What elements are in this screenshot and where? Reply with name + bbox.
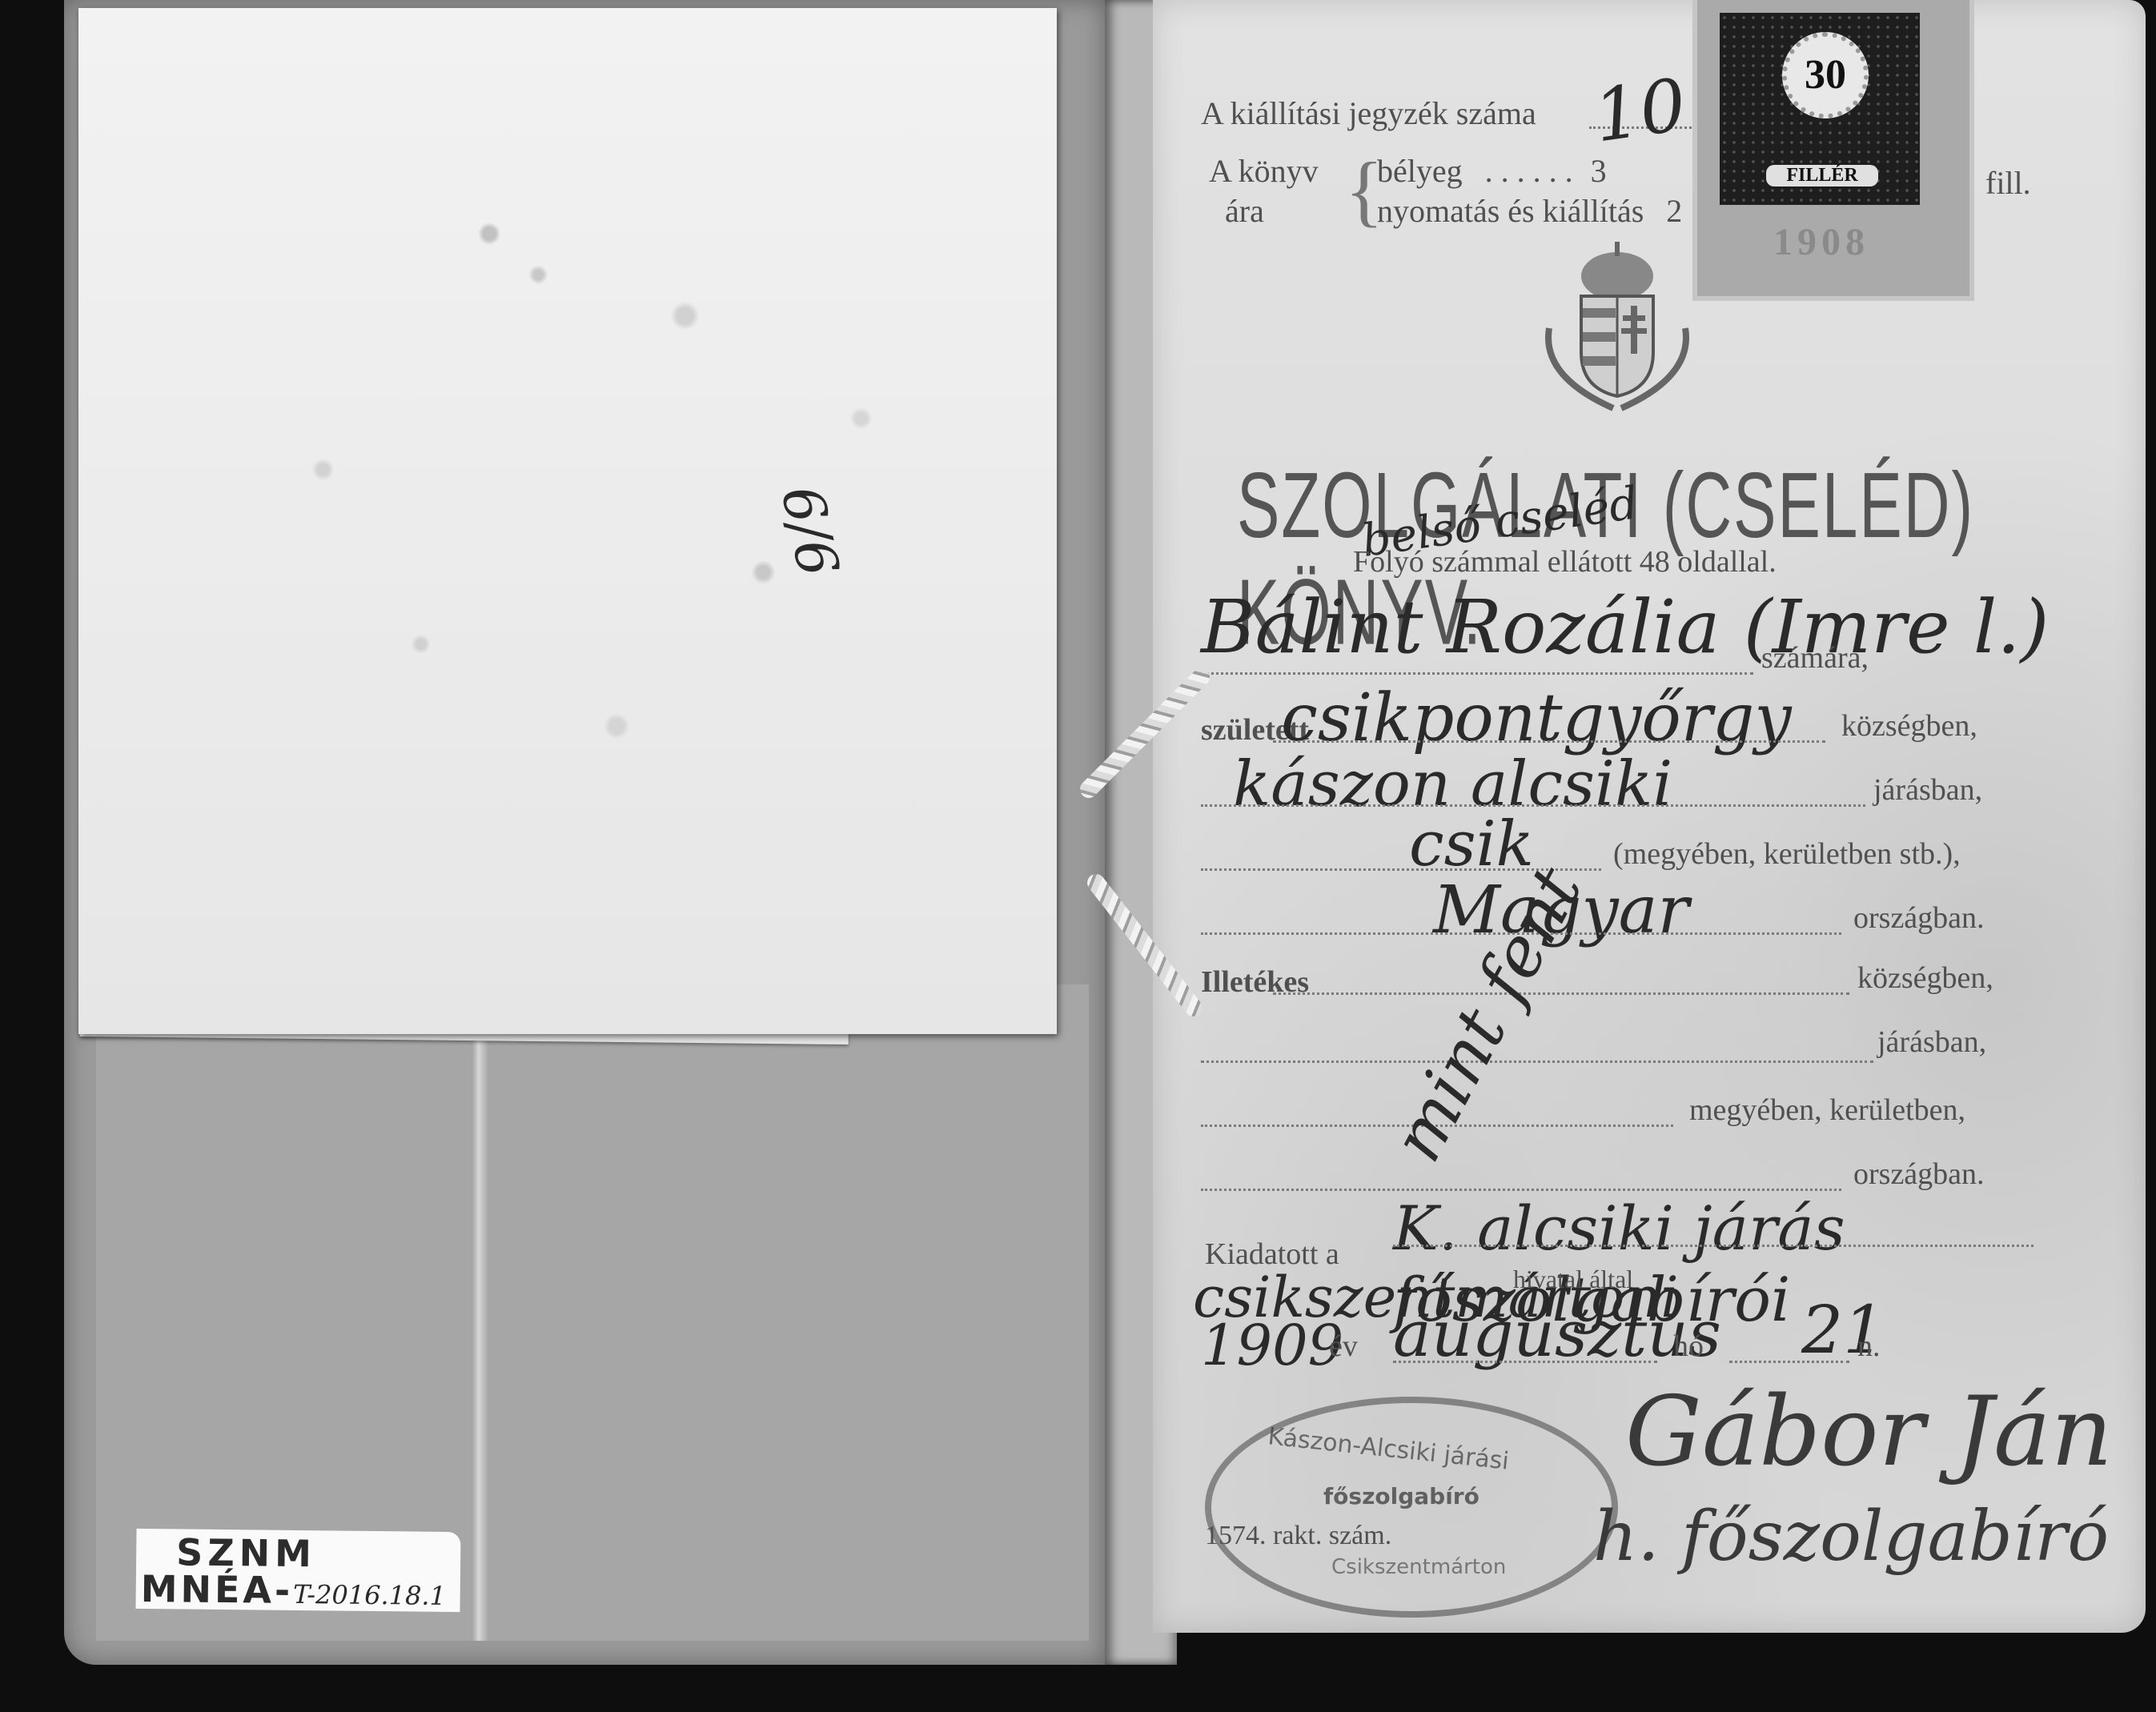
price-label-2: ára xyxy=(1225,192,1264,230)
document-subtitle: Folyó számmal ellátott 48 oldallal. xyxy=(1353,544,1777,579)
dotted-line xyxy=(1201,672,1753,675)
dotted-line xyxy=(1729,1361,1849,1363)
issued-by-suffix: hivatal által xyxy=(1513,1265,1633,1294)
currency-suffix: fill. xyxy=(1985,164,2031,202)
issue-year-suffix: év xyxy=(1329,1329,1358,1364)
stamp-fee-amount: 3 xyxy=(1591,153,1607,189)
field-name-suffix: számára, xyxy=(1761,640,1869,676)
label-printed: MNÉA- xyxy=(140,1567,293,1612)
loose-inserted-sheet xyxy=(78,8,1057,1034)
museum-inventory-label: SZNM MNÉA-T-2016.18.1 xyxy=(135,1529,460,1612)
issue-month-suffix: hó xyxy=(1673,1329,1704,1364)
field-birth-village-suffix: községben, xyxy=(1841,708,1977,744)
stamp-value: 30 xyxy=(1782,32,1869,118)
stamp-fee-dots: . . . . . . xyxy=(1485,153,1573,189)
field-birth-village-value: csikpontgyőrgy xyxy=(1281,680,1792,756)
seal-line-1: Kászon-Alcsiki járási xyxy=(1267,1422,1510,1475)
signature-title: h. főszolgabíró xyxy=(1593,1497,2109,1577)
field-residence-country-suffix: országban. xyxy=(1853,1157,1985,1192)
stamp-fee-label: bélyeg . . . . . . 3 xyxy=(1377,152,1607,190)
revenue-stamp: 30 FILLÉR 1908 xyxy=(1697,0,1969,296)
issue-day-suffix: n. xyxy=(1857,1329,1881,1364)
field-birth-county-suffix: (megyében, kerületben stb.), xyxy=(1613,836,1961,872)
field-name-value: Bálint Rozália (Imre l.) xyxy=(1201,584,2049,670)
seal-line-2: főszolgabíró xyxy=(1323,1483,1479,1510)
print-fee-label: nyomatás és kiállítás 2 xyxy=(1377,192,1682,230)
dotted-line xyxy=(1393,1245,2034,1247)
seal-line-3: Csikszentmárton xyxy=(1331,1555,1506,1579)
label-handwritten-number: T-2016.18.1 xyxy=(293,1579,446,1611)
dotted-line xyxy=(1201,1060,1873,1063)
list-number-label: A kiállítási jegyzék száma xyxy=(1201,94,1536,132)
cover-crease xyxy=(472,1032,488,1641)
dotted-line xyxy=(1201,1189,1841,1191)
price-label-1: A könyv xyxy=(1209,152,1319,190)
stamp-design: 30 FILLÉR xyxy=(1720,13,1920,205)
dotted-line xyxy=(1393,1361,1657,1363)
stamp-fee-text: bélyeg xyxy=(1377,153,1463,189)
field-birth-country-suffix: országban. xyxy=(1853,900,1985,936)
print-fee-amount: 2 xyxy=(1666,193,1682,229)
stamp-year: 1908 xyxy=(1697,220,1945,264)
stamp-unit: FILLÉR xyxy=(1766,165,1878,186)
print-fee-text: nyomatás és kiállítás xyxy=(1377,193,1644,229)
field-residence-village-suffix: községben, xyxy=(1857,960,1993,996)
field-birth-district-suffix: járásban, xyxy=(1873,772,1982,808)
dotted-line xyxy=(1273,992,1849,995)
signature-name: Gábor Ján xyxy=(1625,1377,2113,1488)
stock-number: 1574. rakt. szám. xyxy=(1205,1521,1391,1551)
dotted-line xyxy=(1201,804,1865,807)
field-residence-county-suffix: megyében, kerületben, xyxy=(1689,1093,1965,1128)
official-oval-seal: Kászon-Alcsiki járási főszolgabíró Csiks… xyxy=(1205,1397,1618,1618)
issue-year: 1909 xyxy=(1201,1313,1343,1378)
coat-of-arms-icon xyxy=(1525,232,1709,416)
label-line-2: MNÉA-T-2016.18.1 xyxy=(140,1567,446,1614)
field-residence-district-suffix: járásban, xyxy=(1877,1024,1986,1060)
dotted-line xyxy=(1273,740,1825,743)
